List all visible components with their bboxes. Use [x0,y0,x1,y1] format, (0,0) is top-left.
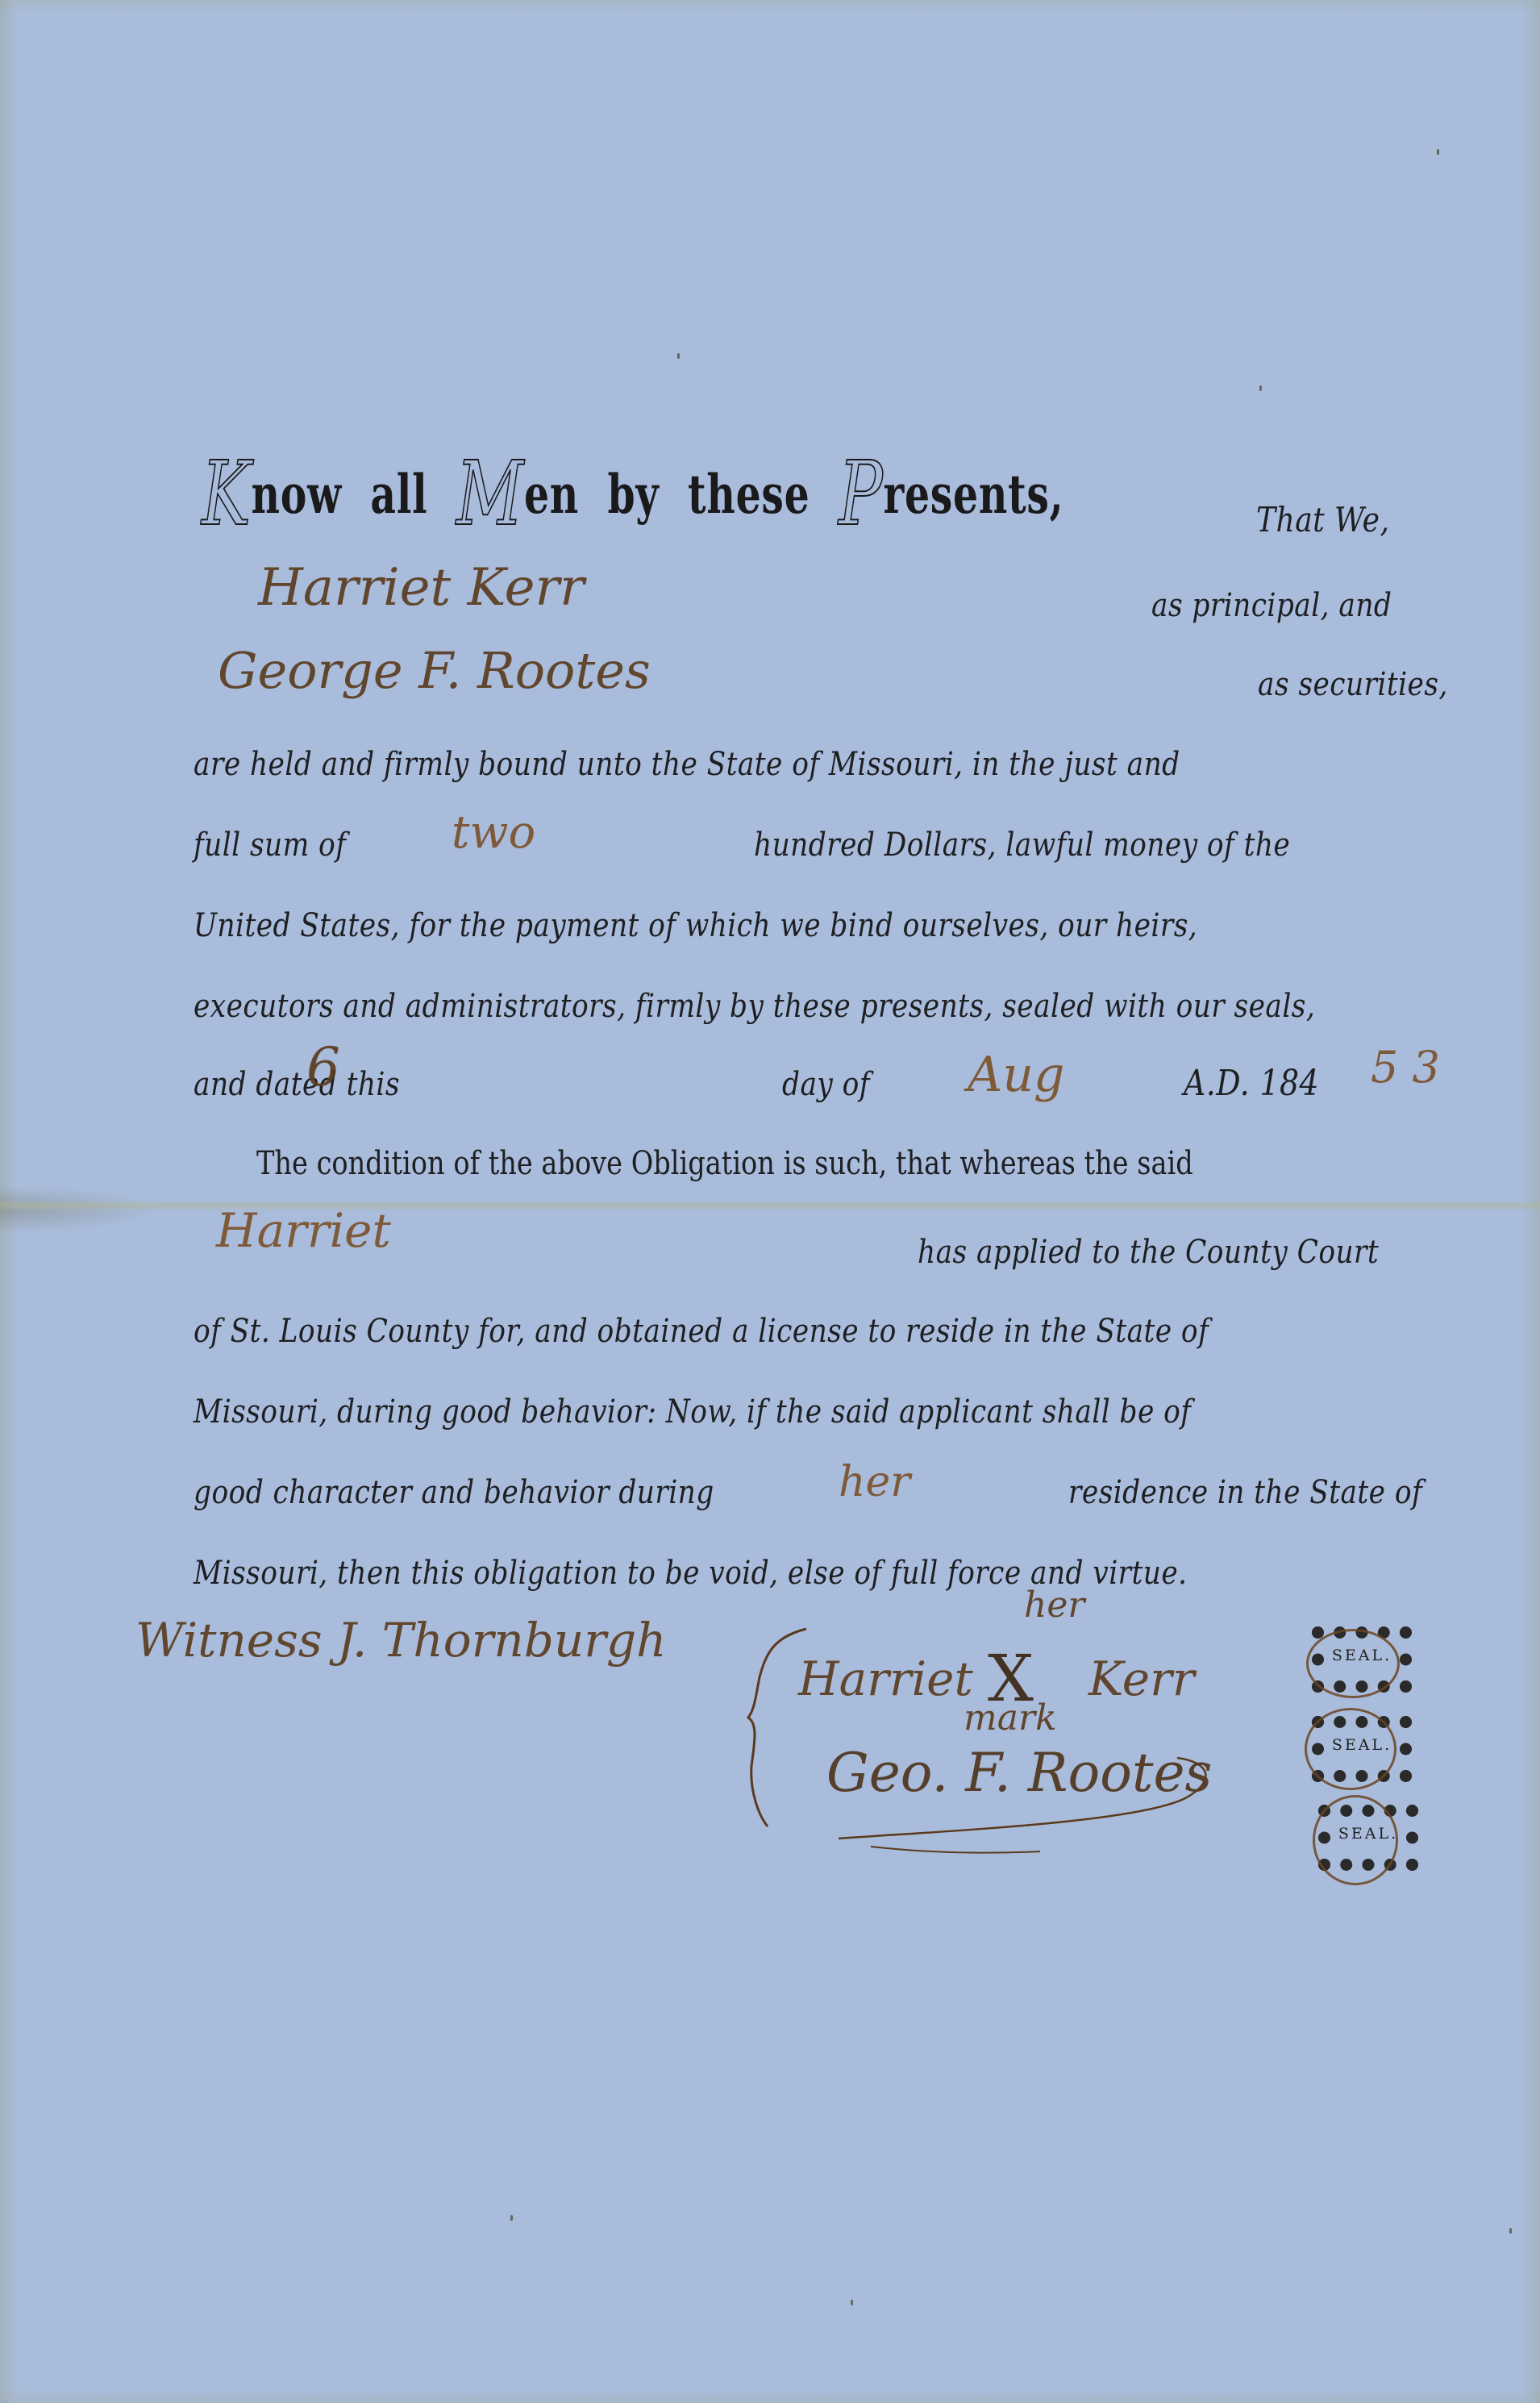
condition-line: The condition of the above Obligation is… [256,1145,1193,1182]
seal-ink-circle [1313,1795,1398,1885]
applicant-name-handwritten: Harriet [216,1203,391,1258]
seal-ink-circle [1305,1708,1396,1790]
principal-signature-last: Kerr [1088,1651,1195,1706]
paper-speck [677,353,680,359]
pronoun-handwritten: her [839,1458,910,1506]
heading: Know all Men by these Presents, [202,442,1063,545]
heading-tail: That We, [1256,500,1389,539]
paper-speck [851,2300,853,2305]
security-name-handwritten: George F. Rootes [218,641,651,700]
principal-name-handwritten: Harriet Kerr [258,558,585,618]
seal-ink-circle [1306,1629,1400,1698]
paper-speck [1259,385,1262,391]
principal-mark-below: mark [964,1697,1057,1739]
applicant-suffix: has applied to the County Court [918,1234,1379,1271]
body-line-6: executors and administrators, firmly by … [194,988,1315,1025]
principal-signature-first: Harriet [798,1651,973,1706]
date-day-handwritten: 6 [306,1036,340,1098]
paper-speck [1509,2228,1512,2234]
signature-flourish [830,1742,1250,1855]
principal-mark-above: her [1024,1585,1084,1626]
date-day-of-label: day of [782,1066,870,1103]
heading-initial-k: K [202,442,252,545]
date-year-correction-handwritten: 5 3 [1371,1042,1440,1093]
body-line-10: of St. Louis County for, and obtained a … [194,1313,1209,1350]
sum-label: full sum of [194,827,346,864]
paper-speck [510,2215,513,2221]
date-year-printed: A.D. 184 [1184,1063,1319,1104]
witness-signature: Witness J. Thornburgh [135,1613,666,1668]
date-label: and dated this [194,1066,400,1103]
body-line-11: Missouri, during good behavior: Now, if … [194,1393,1191,1431]
body-line-3: are held and firmly bound unto the State… [194,746,1180,783]
principal-label: as principal, and [1151,587,1392,624]
securities-label: as securities, [1258,666,1448,703]
heading-initial-m: M [456,442,524,545]
residence-label: residence in the State of [1068,1474,1422,1511]
sum-amount-handwritten: two [452,806,535,859]
date-month-handwritten: Aug [968,1047,1064,1103]
sum-suffix: hundred Dollars, lawful money of the [754,827,1290,864]
behavior-label: good character and behavior during [194,1474,714,1511]
paper-speck [1437,149,1439,155]
heading-initial-p: P [839,442,884,545]
body-line-5: United States, for the payment of which … [194,907,1197,944]
